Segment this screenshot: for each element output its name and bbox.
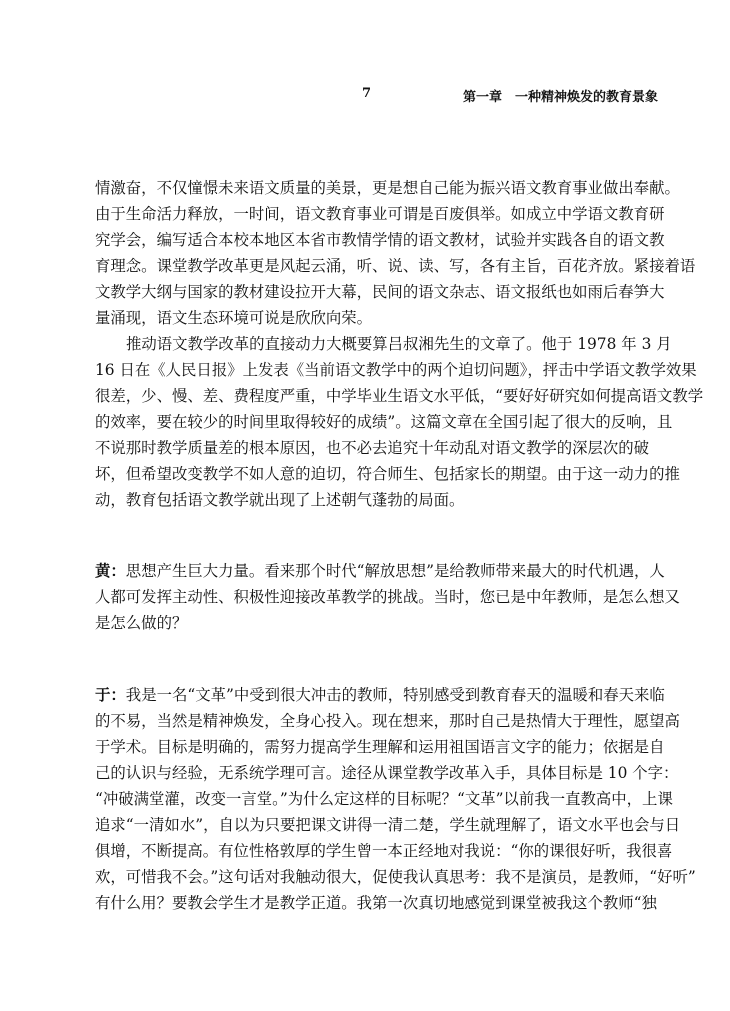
text-line: 量涌现，语文生态环境可说是欣欣向荣。	[95, 308, 625, 328]
text-line: 己的认识与经验，无系统学理可言。途径从课堂教学改革入手，具体目标是 10 个字：	[95, 763, 625, 783]
text-line: 推动语文教学改革的直接动力大概要算吕叔湘先生的文章了。他于 1978 年 3 月	[126, 334, 625, 354]
text-line: 情激奋，不仅憧憬未来语文质量的美景，更是想自己能为振兴语文教育事业做出奉献。	[95, 178, 625, 198]
text-line: 欢，可惜我不会。”这句话对我触动很大，促使我认真思考：我不是演员，是教师，“好听…	[95, 867, 625, 887]
text-line: 动，教育包括语文教学就出现了上述朝气蓬勃的局面。	[95, 490, 625, 510]
text-line: 坏，但希望改变教学不如人意的迫切，符合师生、包括家长的期望。由于这一动力的推	[95, 464, 625, 484]
text-line: 16 日在《人民日报》上发表《当前语文教学中的两个迫切问题》，抨击中学语文教学效…	[95, 360, 625, 380]
text-line: 是怎么做的？	[95, 613, 625, 633]
dialogue-line: 黄：思想产生巨大力量。看来那个时代“解放思想”是给教师带来最大的时代机遇，人	[95, 561, 625, 581]
text-line: 不说那时教学质量差的根本原因，也不必去追究十年动乱对语文教学的深层次的破	[95, 438, 625, 458]
text-line: 很差，少、慢、差、费程度严重，中学毕业生语文水平低，“要好好研究如何提高语文教学	[95, 386, 625, 406]
running-header: 7 第一章 一种精神焕发的教育景象	[0, 86, 730, 106]
text-line: 于学术。目标是明确的，需努力提高学生理解和运用祖国语言文字的能力；依据是自	[95, 737, 625, 757]
page-number: 7	[362, 86, 371, 101]
text-line: 追求“一清如水”，自以为只要把课文讲得一清二楚，学生就理解了，语文水平也会与日	[95, 815, 625, 835]
speaker-label: 黄：	[95, 562, 126, 580]
text-line: 文教学大纲与国家的教材建设拉开大幕，民间的语文杂志、语文报纸也如雨后春笋大	[95, 282, 625, 302]
text-line: 由于生命活力释放，一时间，语文教育事业可谓是百废俱举。如成立中学语文教育研	[95, 204, 625, 224]
text-line: 的不易，当然是精神焕发，全身心投入。现在想来，那时自己是热情大于理性，愿望高	[95, 711, 625, 731]
text-line: 有什么用？要教会学生才是教学正道。我第一次真切地感觉到课堂被我这个教师“独	[95, 893, 625, 913]
chapter-title: 第一章 一种精神焕发的教育景象	[463, 86, 658, 105]
text-line: “冲破满堂灌，改变一言堂。”为什么定这样的目标呢？“文革”以前我一直教高中，上课	[95, 789, 625, 809]
text-line: 育理念。课堂教学改革更是风起云涌，听、说、读、写，各有主旨，百花齐放。紧接着语	[95, 256, 625, 276]
speaker-label: 于：	[95, 686, 126, 704]
text-line: 人都可发挥主动性、积极性迎接改革教学的挑战。当时，您已是中年教师，是怎么想又	[95, 587, 625, 607]
dialogue-line: 于：我是一名“文革”中受到很大冲击的教师，特别感受到教育春天的温暖和春天来临	[95, 685, 625, 705]
text-line: 的效率，要在较少的时间里取得较好的成绩”。这篇文章在全国引起了很大的反响，且	[95, 412, 625, 432]
text-line: 究学会，编写适合本校本地区本省市教情学情的语文教材，试验并实践各自的语文教	[95, 230, 625, 250]
text-line: 俱增，不断提高。有位性格敦厚的学生曾一本正经地对我说：“你的课很好听，我很喜	[95, 841, 625, 861]
